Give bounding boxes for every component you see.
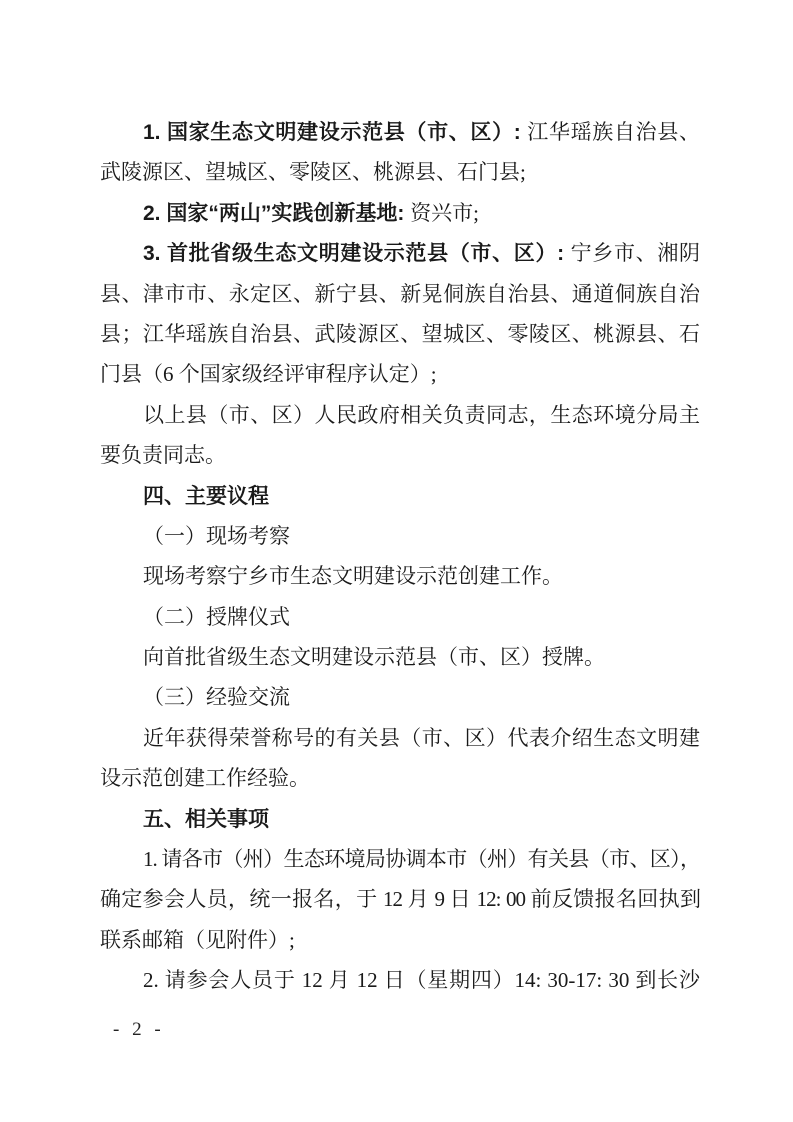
text-line: 联系邮箱（见附件）;	[100, 920, 700, 960]
page-number: - 2 -	[113, 1019, 165, 1041]
text-line: 武陵源区、望城区、零陵区、桃源县、石门县;	[100, 152, 700, 192]
text-line: 门县（6 个国家级经评审程序认定）;	[100, 354, 700, 394]
text-line: 3. 首批省级生态文明建设示范县（市、区）: 宁乡市、湘阴	[100, 233, 700, 273]
text-segment: 江华瑶族自治县、	[527, 120, 700, 144]
text-segment: 五、相关事项	[143, 808, 269, 831]
text-segment: （三）经验交流	[143, 685, 290, 709]
text-segment: 宁乡市、湘阴	[571, 241, 700, 265]
text-line: （一）现场考察	[100, 516, 700, 556]
document-page: 1. 国家生态文明建设示范县（市、区）: 江华瑶族自治县、武陵源区、望城区、零陵…	[0, 0, 793, 1122]
text-segment: 确定参会人员，统一报名，于 12 月 9 日 12: 00 前反馈报名回执到	[100, 887, 700, 911]
text-line: 五、相关事项	[100, 799, 700, 839]
text-segment: 2. 国家“两山”实践创新基地:	[143, 202, 410, 225]
text-segment: 2. 请参会人员于 12 月 12 日（星期四）14: 30-17: 30 到长…	[143, 968, 700, 992]
text-line: 现场考察宁乡市生态文明建设示范创建工作。	[100, 556, 700, 596]
text-segment: 资兴市;	[410, 201, 479, 225]
text-line: 四、主要议程	[100, 476, 700, 516]
text-segment: 以上县（市、区）人民政府相关负责同志，生态环境分局主	[143, 403, 700, 427]
text-line: 1. 请各市（州）生态环境局协调本市（州）有关县（市、区），	[100, 839, 700, 879]
text-segment: 门县（6 个国家级经评审程序认定）;	[100, 362, 437, 386]
document-content: 1. 国家生态文明建设示范县（市、区）: 江华瑶族自治县、武陵源区、望城区、零陵…	[100, 112, 700, 1001]
text-line: 2. 请参会人员于 12 月 12 日（星期四）14: 30-17: 30 到长…	[100, 960, 700, 1000]
text-segment: 现场考察宁乡市生态文明建设示范创建工作。	[143, 564, 563, 588]
text-line: 要负责同志。	[100, 435, 700, 475]
text-line: 近年获得荣誉称号的有关县（市、区）代表介绍生态文明建	[100, 718, 700, 758]
text-line: （三）经验交流	[100, 677, 700, 717]
text-segment: 县、津市市、永定区、新宁县、新晃侗族自治县、通道侗族自治	[100, 282, 700, 306]
text-segment: （一）现场考察	[143, 524, 290, 548]
text-line: 县、津市市、永定区、新宁县、新晃侗族自治县、通道侗族自治	[100, 274, 700, 314]
text-segment: 联系邮箱（见附件）;	[100, 928, 295, 952]
text-segment: （二）授牌仪式	[143, 605, 290, 629]
text-segment: 武陵源区、望城区、零陵区、桃源县、石门县;	[100, 160, 526, 184]
text-segment: 四、主要议程	[143, 485, 269, 508]
text-segment: 向首批省级生态文明建设示范县（市、区）授牌。	[143, 645, 605, 669]
text-line: （二）授牌仪式	[100, 597, 700, 637]
text-segment: 设示范创建工作经验。	[100, 766, 310, 790]
text-line: 县；江华瑶族自治县、武陵源区、望城区、零陵区、桃源县、石	[100, 314, 700, 354]
text-segment: 近年获得荣誉称号的有关县（市、区）代表介绍生态文明建	[143, 726, 700, 750]
text-line: 向首批省级生态文明建设示范县（市、区）授牌。	[100, 637, 700, 677]
text-line: 设示范创建工作经验。	[100, 758, 700, 798]
text-line: 以上县（市、区）人民政府相关负责同志，生态环境分局主	[100, 395, 700, 435]
text-line: 2. 国家“两山”实践创新基地: 资兴市;	[100, 193, 700, 233]
text-line: 1. 国家生态文明建设示范县（市、区）: 江华瑶族自治县、	[100, 112, 700, 152]
text-segment: 3. 首批省级生态文明建设示范县（市、区）:	[143, 242, 571, 265]
text-line: 确定参会人员，统一报名，于 12 月 9 日 12: 00 前反馈报名回执到	[100, 879, 700, 919]
text-segment: 县；江华瑶族自治县、武陵源区、望城区、零陵区、桃源县、石	[100, 322, 700, 346]
text-segment: 1. 请各市（州）生态环境局协调本市（州）有关县（市、区），	[143, 847, 700, 871]
text-segment: 要负责同志。	[100, 443, 226, 467]
text-segment: 1. 国家生态文明建设示范县（市、区）:	[143, 121, 527, 144]
